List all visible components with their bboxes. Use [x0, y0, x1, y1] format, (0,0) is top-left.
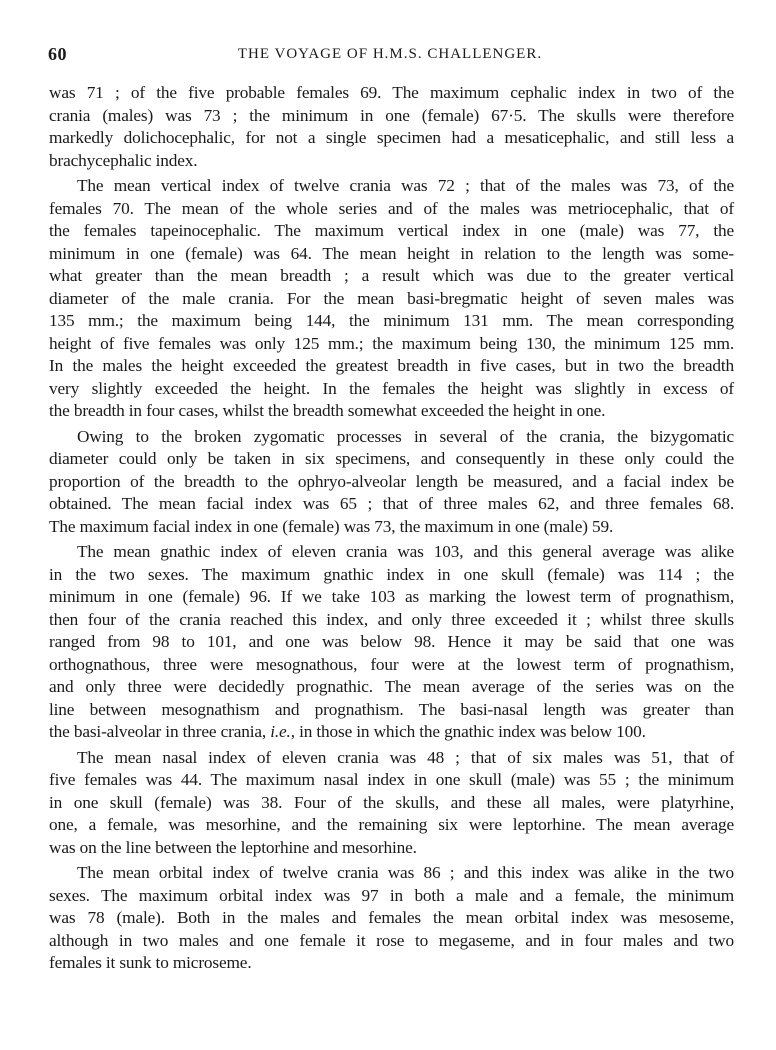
text-line: brachycephalic index.	[49, 150, 734, 173]
paragraph-orbital-index: The mean orbital index of twelve crania …	[49, 862, 734, 975]
text-line: then four of the crania reached this ind…	[49, 609, 734, 632]
text-line: one, a female, was mesorhine, and the re…	[49, 814, 734, 837]
text-line: the basi-alveolar in three crania, i.e.,…	[49, 721, 734, 744]
text-line: although in two males and one female it …	[49, 930, 734, 953]
text-line: in the two sexes. The maximum gnathic in…	[49, 564, 734, 587]
running-title: THE VOYAGE OF H.M.S. CHALLENGER.	[48, 46, 732, 63]
text-line: the females tapeinocephalic. The maximum…	[49, 220, 734, 243]
text-line: females it sunk to microseme.	[49, 952, 734, 975]
text-segment: , in those in which the gnathic index wa…	[291, 722, 646, 741]
text-line: In the males the height exceeded the gre…	[49, 355, 734, 378]
text-line: proportion of the breadth to the ophryo-…	[49, 471, 734, 494]
body-text: was 71 ; of the five probable females 69…	[49, 82, 734, 978]
running-header: 60 THE VOYAGE OF H.M.S. CHALLENGER.	[48, 44, 732, 68]
paragraph-nasal-index: The mean nasal index of eleven crania wa…	[49, 747, 734, 860]
document-page: 60 THE VOYAGE OF H.M.S. CHALLENGER. was …	[0, 0, 776, 1050]
paragraph-facial-index: Owing to the broken zygomatic processes …	[49, 426, 734, 539]
paragraph-cephalic-index: was 71 ; of the five probable females 69…	[49, 82, 734, 172]
text-line: minimum in one (female) was 64. The mean…	[49, 243, 734, 266]
text-line: females 70. The mean of the whole series…	[49, 198, 734, 221]
text-line: Owing to the broken zygomatic processes …	[49, 426, 734, 449]
text-line: diameter of the male crania. For the mea…	[49, 288, 734, 311]
italic-abbreviation: i.e.	[270, 722, 291, 741]
text-line: height of five females was only 125 mm.;…	[49, 333, 734, 356]
paragraph-vertical-index: The mean vertical index of twelve crania…	[49, 175, 734, 423]
text-line: The mean gnathic index of eleven crania …	[49, 541, 734, 564]
text-line: The mean nasal index of eleven crania wa…	[49, 747, 734, 770]
text-line: line between mesognathism and prognathis…	[49, 699, 734, 722]
text-line: was on the line between the leptorhine a…	[49, 837, 734, 860]
text-line: was 71 ; of the five probable females 69…	[49, 82, 734, 105]
paragraph-gnathic-index: The mean gnathic index of eleven crania …	[49, 541, 734, 744]
text-line: The mean vertical index of twelve crania…	[49, 175, 734, 198]
text-line: the breadth in four cases, whilst the br…	[49, 400, 734, 423]
text-line: 135 mm.; the maximum being 144, the mini…	[49, 310, 734, 333]
text-line: orthognathous, three were mesognathous, …	[49, 654, 734, 677]
text-line: obtained. The mean facial index was 65 ;…	[49, 493, 734, 516]
text-line: five females was 44. The maximum nasal i…	[49, 769, 734, 792]
text-line: and only three were decidedly prognathic…	[49, 676, 734, 699]
text-line: diameter could only be taken in six spec…	[49, 448, 734, 471]
text-line: sexes. The maximum orbital index was 97 …	[49, 885, 734, 908]
text-line: ranged from 98 to 101, and one was below…	[49, 631, 734, 654]
text-line: The maximum facial index in one (female)…	[49, 516, 734, 539]
text-line: The mean orbital index of twelve crania …	[49, 862, 734, 885]
text-line: was 78 (male). Both in the males and fem…	[49, 907, 734, 930]
text-line: in one skull (female) was 38. Four of th…	[49, 792, 734, 815]
text-line: very slightly exceeded the height. In th…	[49, 378, 734, 401]
text-segment: the basi-alveolar in three crania,	[49, 722, 270, 741]
text-line: markedly dolichocephalic, for not a sing…	[49, 127, 734, 150]
text-line: crania (males) was 73 ; the minimum in o…	[49, 105, 734, 128]
text-line: what greater than the mean breadth ; a r…	[49, 265, 734, 288]
text-line: minimum in one (female) 96. If we take 1…	[49, 586, 734, 609]
